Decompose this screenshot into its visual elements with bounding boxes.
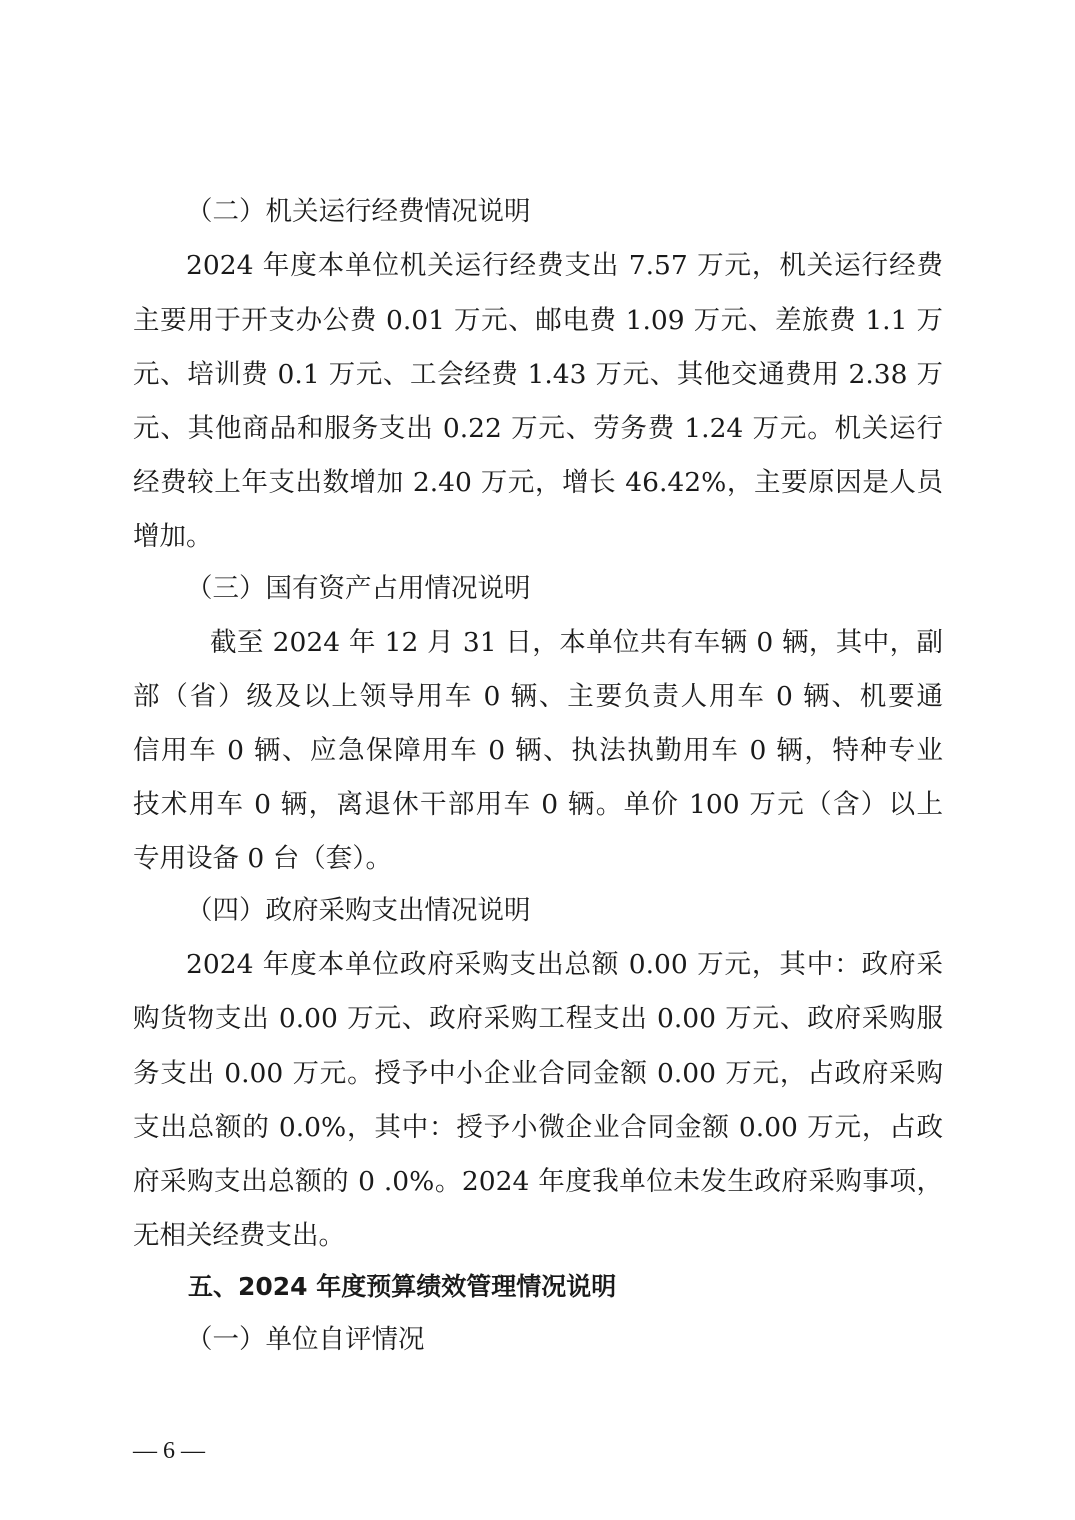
document-page: （二）机关运行经费情况说明 2024 年度本单位机关运行经费支出 7.57 万元… — [0, 0, 1075, 1520]
paragraph-line: 截至 2024 年 12 月 31 日，本单位共有车辆 0 辆，其中，副 — [210, 625, 943, 661]
page-number: — 6 — — [133, 1436, 205, 1466]
paragraph-line: 元、培训费 0.1 万元、工会经费 1.43 万元、其他交通费用 2.38 万 — [133, 357, 943, 393]
paragraph-line: 专用设备 0 台（套）。 — [133, 841, 943, 877]
paragraph-line: 信用车 0 辆、应急保障用车 0 辆、执法执勤用车 0 辆，特种专业 — [133, 733, 943, 769]
subheading-self-evaluation: （一）单位自评情况 — [186, 1322, 425, 1358]
paragraph-line: 无相关经费支出。 — [133, 1218, 943, 1254]
paragraph-line: 增加。 — [133, 519, 943, 555]
paragraph-line: 2024 年度本单位机关运行经费支出 7.57 万元，机关运行经费 — [186, 248, 943, 284]
section-heading-government-procurement: （四）政府采购支出情况说明 — [186, 893, 531, 929]
paragraph-line: 元、其他商品和服务支出 0.22 万元、劳务费 1.24 万元。机关运行 — [133, 411, 943, 447]
section-heading-state-assets: （三）国有资产占用情况说明 — [186, 571, 531, 607]
paragraph-line: 部（省）级及以上领导用车 0 辆、主要负责人用车 0 辆、机要通 — [133, 679, 943, 715]
paragraph-line: 务支出 0.00 万元。授予中小企业合同金额 0.00 万元，占政府采购 — [133, 1056, 943, 1092]
paragraph-line: 府采购支出总额的 0 .0%。2024 年度我单位未发生政府采购事项， — [133, 1164, 943, 1200]
paragraph-line: 经费较上年支出数增加 2.40 万元，增长 46.42%，主要原因是人员 — [133, 465, 943, 501]
chapter-heading-performance-management: 五、2024 年度预算绩效管理情况说明 — [188, 1269, 616, 1305]
paragraph-line: 支出总额的 0.0%，其中：授予小微企业合同金额 0.00 万元，占政 — [133, 1110, 943, 1146]
paragraph-line: 主要用于开支办公费 0.01 万元、邮电费 1.09 万元、差旅费 1.1 万 — [133, 303, 943, 339]
paragraph-line: 技术用车 0 辆，离退休干部用车 0 辆。单价 100 万元（含）以上 — [133, 787, 943, 823]
paragraph-line: 购货物支出 0.00 万元、政府采购工程支出 0.00 万元、政府采购服 — [133, 1001, 943, 1037]
paragraph-line: 2024 年度本单位政府采购支出总额 0.00 万元，其中：政府采 — [186, 947, 943, 983]
section-heading-operating-expenses: （二）机关运行经费情况说明 — [186, 194, 531, 230]
